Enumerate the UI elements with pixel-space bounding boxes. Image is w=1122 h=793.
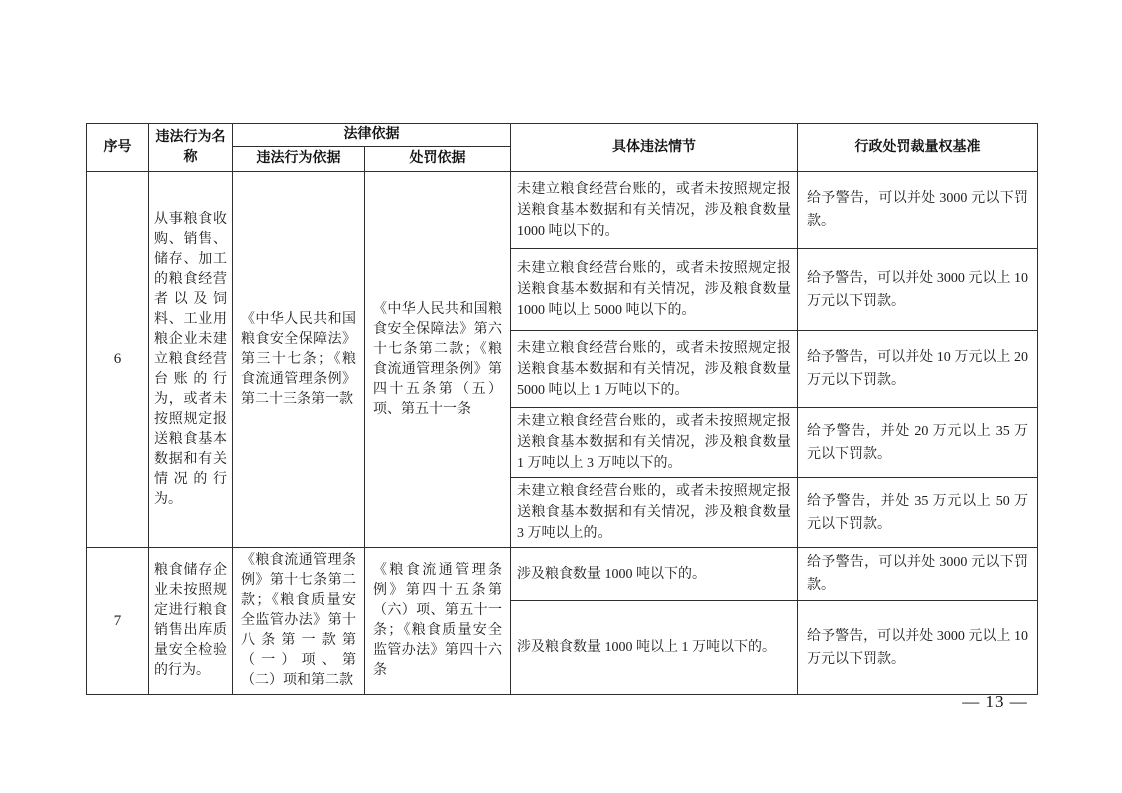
circumstance-cell: 未建立粮食经营台账的，或者未按照规定报送粮食基本数据和有关情况，涉及粮食数量 1… <box>511 408 798 478</box>
standard-cell: 给予警告，并处 35 万元以上 50 万元以下罚款。 <box>798 478 1038 548</box>
document-page: 序号 违法行为名称 法律依据 具体违法情节 行政处罚裁量权基准 违法行为依据 处… <box>0 0 1122 793</box>
header-violation-name: 违法行为名称 <box>149 124 233 172</box>
header-penalty-basis: 处罚依据 <box>365 147 511 172</box>
circumstance-cell: 未建立粮食经营台账的，或者未按照规定报送粮食基本数据和有关情况，涉及粮食数量 5… <box>511 331 798 408</box>
penalty-basis-cell: 《粮食流通管理条例》第四十五条第（六）项、第五十一条；《粮食质量安全监管办法》第… <box>365 548 511 695</box>
circumstance-cell: 涉及粮食数量 1000 吨以上 1 万吨以下的。 <box>511 601 798 695</box>
table-row: 7 粮食储存企业未按照规定进行粮食销售出库质量安全检验的行为。 《粮食流通管理条… <box>87 548 1038 601</box>
circumstance-cell: 未建立粮食经营台账的，或者未按照规定报送粮食基本数据和有关情况，涉及粮食数量 3… <box>511 478 798 548</box>
standard-cell: 给予警告，可以并处 3000 元以上 10 万元以下罚款。 <box>798 601 1038 695</box>
header-standard: 行政处罚裁量权基准 <box>798 124 1038 172</box>
circumstance-cell: 涉及粮食数量 1000 吨以下的。 <box>511 548 798 601</box>
seq-cell-6: 6 <box>87 172 149 548</box>
standard-cell: 给予警告，可以并处 3000 元以上 10 万元以下罚款。 <box>798 249 1038 331</box>
header-circumstance: 具体违法情节 <box>511 124 798 172</box>
page-number: — 13 — <box>953 692 1037 712</box>
circumstance-cell: 未建立粮食经营台账的，或者未按照规定报送粮食基本数据和有关情况，涉及粮食数量 1… <box>511 249 798 331</box>
header-seq-no: 序号 <box>87 124 149 172</box>
circumstance-cell: 未建立粮食经营台账的，或者未按照规定报送粮食基本数据和有关情况，涉及粮食数量 1… <box>511 172 798 249</box>
standard-cell: 给予警告，可以并处 3000 元以下罚款。 <box>798 548 1038 601</box>
penalty-basis-cell: 《中华人民共和国粮食安全保障法》第六十七条第二款；《粮食流通管理条例》第四十五条… <box>365 172 511 548</box>
standard-cell: 给予警告，并处 20 万元以上 35 万元以下罚款。 <box>798 408 1038 478</box>
standard-cell: 给予警告，可以并处 3000 元以下罚款。 <box>798 172 1038 249</box>
seq-cell-7: 7 <box>87 548 149 695</box>
penalty-discretion-table: 序号 违法行为名称 法律依据 具体违法情节 行政处罚裁量权基准 违法行为依据 处… <box>86 123 1038 695</box>
header-legal-basis: 法律依据 <box>233 124 511 147</box>
header-violation-basis: 违法行为依据 <box>233 147 365 172</box>
standard-cell: 给予警告，可以并处 10 万元以上 20 万元以下罚款。 <box>798 331 1038 408</box>
violation-name-cell: 从事粮食收购、销售、储存、加工的粮食经营者以及饲料、工业用粮企业未建立粮食经营台… <box>149 172 233 548</box>
table-row: 6 从事粮食收购、销售、储存、加工的粮食经营者以及饲料、工业用粮企业未建立粮食经… <box>87 172 1038 249</box>
violation-basis-cell: 《粮食流通管理条例》第十七条第二款；《粮食质量安全监管办法》第十八条第一款第（一… <box>233 548 365 695</box>
violation-basis-cell: 《中华人民共和国粮食安全保障法》第三十七条；《粮食流通管理条例》第二十三条第一款 <box>233 172 365 548</box>
violation-name-cell: 粮食储存企业未按照规定进行粮食销售出库质量安全检验的行为。 <box>149 548 233 695</box>
